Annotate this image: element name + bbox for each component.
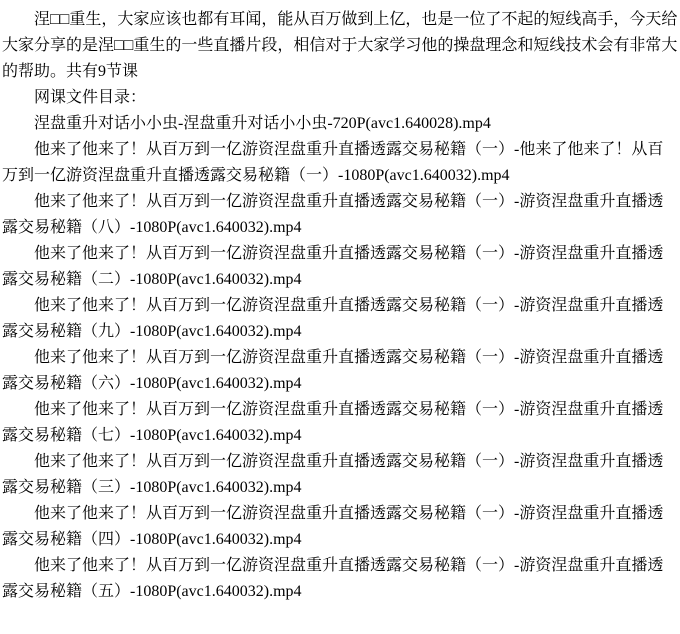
- directory-heading: 网课文件目录：: [2, 85, 678, 111]
- file-entry: 他来了他来了！从百万到一亿游资涅盘重升直播透露交易秘籍（一）-游资涅盘重升直播透…: [2, 241, 678, 293]
- file-entry: 他来了他来了！从百万到一亿游资涅盘重升直播透露交易秘籍（一）-游资涅盘重升直播透…: [2, 345, 678, 397]
- file-entry: 他来了他来了！从百万到一亿游资涅盘重升直播透露交易秘籍（一）-游资涅盘重升直播透…: [2, 553, 678, 605]
- file-entry: 他来了他来了！从百万到一亿游资涅盘重升直播透露交易秘籍（一）-游资涅盘重升直播透…: [2, 397, 678, 449]
- file-entry: 他来了他来了！从百万到一亿游资涅盘重升直播透露交易秘籍（一）-游资涅盘重升直播透…: [2, 189, 678, 241]
- file-entry: 他来了他来了！从百万到一亿游资涅盘重升直播透露交易秘籍（一）-游资涅盘重升直播透…: [2, 293, 678, 345]
- file-entry: 他来了他来了！从百万到一亿游资涅盘重升直播透露交易秘籍（一）-游资涅盘重升直播透…: [2, 501, 678, 553]
- intro-paragraph: 涅□□重生，大家应该也都有耳闻，能从百万做到上亿，也是一位了不起的短线高手，今天…: [2, 7, 678, 85]
- course-description-document: 涅□□重生，大家应该也都有耳闻，能从百万做到上亿，也是一位了不起的短线高手，今天…: [0, 0, 680, 634]
- file-entry: 他来了他来了！从百万到一亿游资涅盘重升直播透露交易秘籍（一）-他来了他来了！从百…: [2, 137, 678, 189]
- file-entry: 他来了他来了！从百万到一亿游资涅盘重升直播透露交易秘籍（一）-游资涅盘重升直播透…: [2, 449, 678, 501]
- document-page: { "colors": { "background": "#ffffff", "…: [0, 0, 680, 634]
- file-entry: 涅盘重升对话小小虫-涅盘重升对话小小虫-720P(avc1.640028).mp…: [2, 111, 678, 137]
